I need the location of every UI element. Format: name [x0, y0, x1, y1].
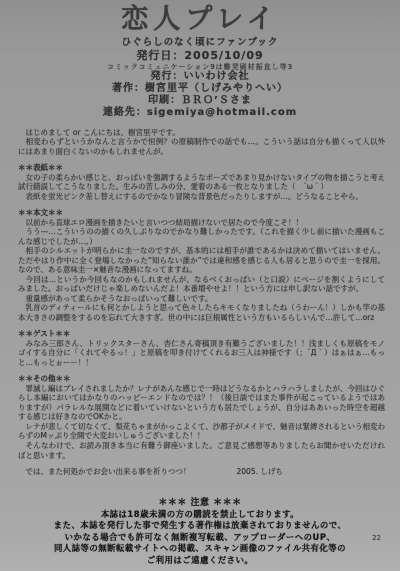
notice-lines: 本誌は18歳未満の方の購読を禁止しております。また、本誌を発行した事で発生する著… [30, 509, 370, 566]
section: ＊＊ゲスト＊＊ みなみ三郎さん、トリックスターさん、杏仁さん寄稿頂き有難うござい… [18, 329, 385, 367]
notice-line: 本誌は18歳未満の方の購読を禁止しております。 [30, 509, 370, 520]
paragraph: はじめまして or こんにちは、樹宮里平です。 [18, 128, 385, 138]
paragraph: 乳首のディティールにも何とかしようと思って色々したらキモくなりましたね（うわーん… [18, 303, 385, 322]
paragraph: 罪滅し編はプレイされましたか？レナがあんな感じで一時はどうなるかとハラハラしまし… [18, 384, 385, 422]
signoff-text: では、また何処かでお会い出来る事を祈りつつ！ [18, 467, 191, 477]
section-heading: ＊＊本文＊＊ [18, 208, 385, 218]
section: ＊＊本文＊＊ 以前から直球エロ漫画を描きたいと言いつつ結局描けないで居たので今度… [18, 208, 385, 322]
paragraph: 重量感があって柔らかそうなおっぱいって難しいです。 [18, 294, 385, 304]
section-heading: ＊＊その他＊＊ [18, 374, 385, 384]
paragraph: 女の子の柔らかい感じと、おっぱいを強調するようなポーズであまり見かけないタイプの… [18, 173, 385, 192]
notice-line: 同人誌等の無断転載サイトへの掲載、スキャン画像のファイル共有化等の [30, 543, 370, 554]
section: ＊＊その他＊＊ 罪滅し編はプレイされましたか？レナがあんな感じで一時はどうなるか… [18, 374, 385, 460]
paragraph: うう—…こういうのの描くの久しぶりなのでかなり難しかったです。（これを描く少し前… [18, 227, 385, 246]
paragraph: 以前から直球エロ漫画を描きたいと言いつつ結局描けないで居たので今度こそ！！ [18, 218, 385, 228]
colophon-line: 連絡先：sigemiya@hotmail.com [0, 107, 400, 119]
colophon-line: 印刷：ＢＲＯ’Ｓさま [0, 95, 400, 107]
paragraph: レナが悲しくて切なくて、梨花ちゃまがかっこよくて、沙都子がメイドで、魅音は緊縛さ… [18, 422, 385, 441]
notice-line: ご利用はご遠慮ください。 [30, 555, 370, 566]
page-title: 恋人プレイ [0, 5, 400, 35]
page-number: 22 [372, 534, 381, 542]
paragraph: 相手のシルエットが明らかに圭一なのですが、基本的には相手が誰であるかは決めて描い… [18, 246, 385, 275]
paragraph: 相変わらずというかなんと言うかで恒例？の原稿制作での話でも…。こういう話は自分も… [18, 137, 385, 156]
signoff-row: では、また何処かでお会い出来る事を祈りつつ！ 2005. しげち [18, 467, 385, 477]
section-heading: ＊＊表紙＊＊ [18, 163, 385, 173]
colophon-line: 発行日：2005/10/09 [0, 50, 400, 63]
paragraph: 表紙を蛍光ピンク差し替えにするのでかなり冒険な背景色だったりしますが…。どうなる… [18, 192, 385, 202]
scanned-doujinshi-afterword-page: 恋人プレイ ひぐらしのなく頃にファンブック 発行日：2005/10/09コミック… [0, 0, 400, 571]
author-signature: 2005. しげち [237, 467, 283, 477]
notice-line: いかなる場合でも許可なく無断複写転載、アップローダーへのUP、 [30, 532, 370, 543]
paragraph: 今回は…というか今回もなのかもしれませんが、なるべくおっぱい（と口説）にページを… [18, 275, 385, 294]
sections: ＊＊表紙＊＊ 女の子の柔らかい感じと、おっぱいを強調するようなポーズであまり見か… [18, 163, 385, 460]
section: ＊＊表紙＊＊ 女の子の柔らかい感じと、おっぱいを強調するようなポーズであまり見か… [18, 163, 385, 201]
notice-title: ＊＊＊ 注意 ＊＊＊ [30, 497, 370, 509]
afterword-body: はじめまして or こんにちは、樹宮里平です。 相変わらずというかなんと言うかで… [0, 119, 400, 477]
book-subtitle: ひぐらしのなく頃にファンブック [0, 38, 400, 48]
copyright-notice: ＊＊＊ 注意 ＊＊＊ 本誌は18歳未満の方の購読を禁止しております。また、本誌を… [30, 497, 370, 566]
intro-paragraphs: はじめまして or こんにちは、樹宮里平です。 相変わらずというかなんと言うかで… [18, 128, 385, 157]
colophon-header: 恋人プレイ ひぐらしのなく頃にファンブック 発行日：2005/10/09コミック… [0, 0, 400, 119]
colophon-line: 著作：樹宮里平（しげみやりへい） [0, 83, 400, 95]
colophon-lines: 発行日：2005/10/09コミックコミュニケーション9は難発刷材振直し等3発行… [0, 50, 400, 118]
paragraph: みなみ三郎さん、トリックスターさん、杏仁さん寄稿頂き有難うございました！！浅まし… [18, 339, 385, 368]
section-heading: ＊＊ゲスト＊＊ [18, 329, 385, 339]
paragraph: そんなわけで、お読み頂き本当に有難う御座いました。ご意見ご感想等ありましたらお聞… [18, 441, 385, 460]
notice-line: また、本誌を発行した事で発生する著作権は放棄されておりませんので、 [30, 520, 370, 531]
colophon-line: 発行：いいわけ会社 [0, 71, 400, 83]
